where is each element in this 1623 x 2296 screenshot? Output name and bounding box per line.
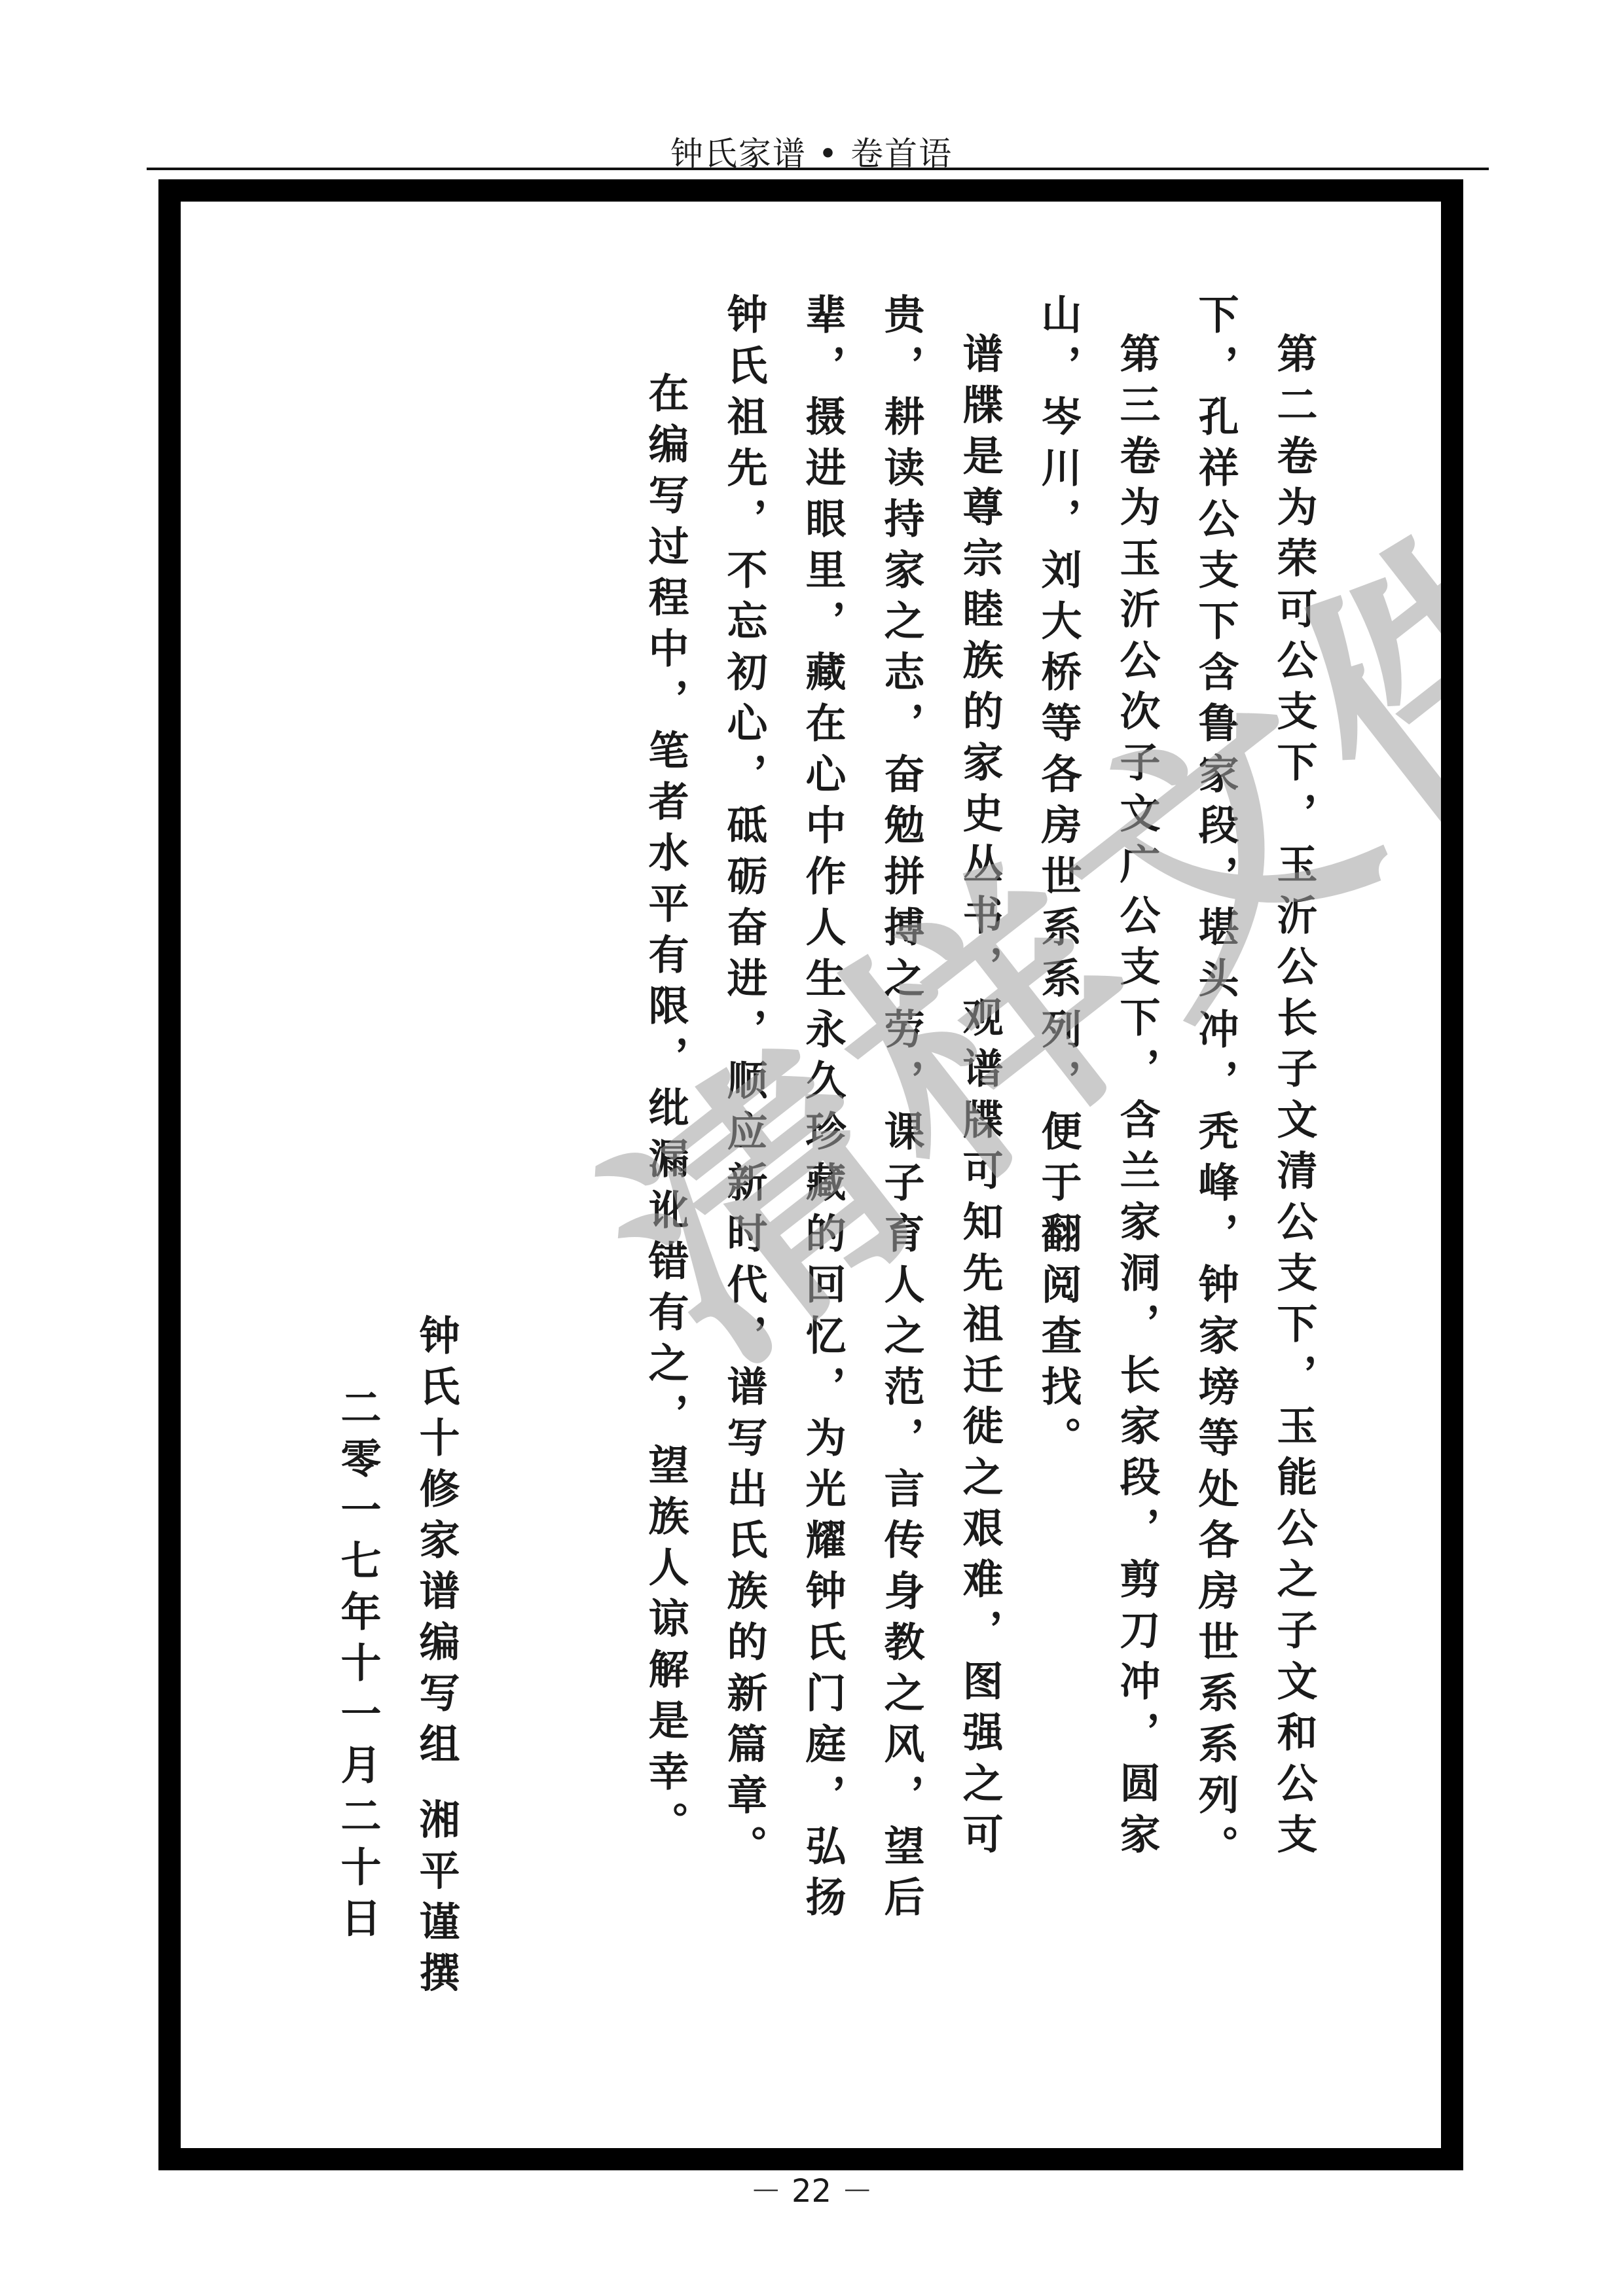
- signature-date: 二零一七年十一月二十日: [318, 1386, 397, 1948]
- page-number: － 22 －: [0, 2172, 1623, 2211]
- text-column-7: 辈，摄进眼里，藏在心中作人生永久珍藏的回忆，为光耀钟氏门庭，弘扬: [783, 293, 862, 1927]
- text-column-4: 山，岑川，刘大桥等各房世系系列，便于翻阅查找。: [1019, 293, 1097, 1467]
- text-column-3: 第三卷为玉沂公次子文广公支下，含兰家洞，长家段，剪刀冲，圆家: [1097, 332, 1176, 1864]
- text-column-2: 下，孔祥公支下含鲁家段，堪头冲，秃峰，钟家塝等处各房世系系列。: [1176, 293, 1254, 1876]
- text-column-9: 在编写过程中，笔者水平有限，纰漏讹错有之，望族人谅解是幸。: [626, 372, 704, 1852]
- page-frame: 第二卷为荣可公支下，玉沂公长子文清公支下，玉能公之子文和公支 下，孔祥公支下含鲁…: [158, 179, 1463, 2170]
- header-rule: [147, 168, 1489, 170]
- text-column-1: 第二卷为荣可公支下，玉沂公长子文清公支下，玉能公之子文和公支: [1254, 332, 1333, 1864]
- signature-author: 钟氏十修家谱编写组 湘平谨撰: [397, 1314, 475, 2003]
- text-column-6: 贵，耕读持家之志，奋勉拼搏之劳，课子育人之范，言传身教之风，望后: [862, 293, 940, 1927]
- text-column-5: 谱牒是尊宗睦族的家史丛书，观谱牒可知先祖迁徙之艰难，图强之可: [940, 332, 1019, 1864]
- text-column-8: 钟氏祖先，不忘初心，砥砺奋进，顺应新时代，谱写出氏族的新篇章。: [704, 293, 783, 1876]
